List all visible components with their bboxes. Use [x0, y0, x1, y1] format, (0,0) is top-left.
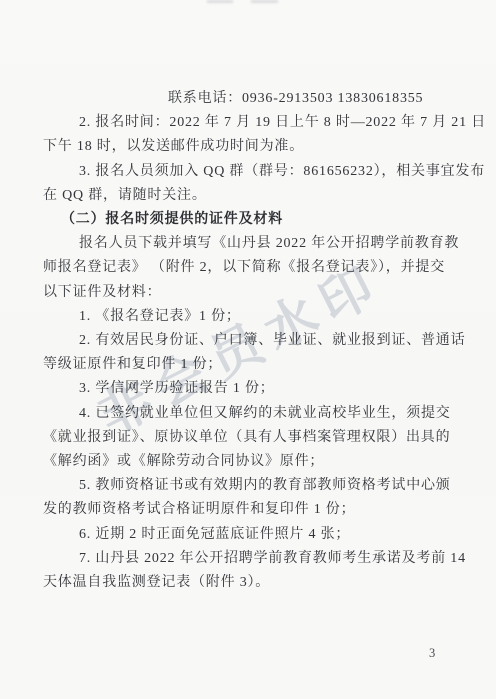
document-body: 联系电话：0936-2913503 138306183552. 报名时间：202…	[43, 87, 460, 595]
text-line: 2. 有效居民身份证、户口簿、毕业证、就业报到证、普通话	[79, 329, 460, 353]
text-line: 4. 已签约就业单位但又解约的未就业高校毕业生，须提交	[79, 402, 460, 426]
text-line: 《解约函》或《解除劳动合同协议》原件；	[43, 450, 460, 474]
text-line: 《就业报到证》、原协议单位（具有人事档案管理权限）出具的	[43, 426, 460, 450]
text-line: 5. 教师资格证书或有效期内的教育部教师资格考试中心颁	[79, 474, 460, 498]
page-number: 3	[429, 646, 435, 661]
text-line: （二）报名时须提供的证件及材料	[61, 208, 460, 232]
text-line: 7. 山丹县 2022 年公开招聘学前教育教师考生承诺及考前 14	[79, 547, 460, 571]
text-line: 报名人员下载并填写《山丹县 2022 年公开招聘学前教育教	[79, 232, 460, 256]
text-line: 联系电话：0936-2913503 13830618355	[168, 87, 460, 111]
text-line: 3. 报名人员须加入 QQ 群（群号：861656232），相关事宜发布	[79, 160, 460, 184]
text-line: 2. 报名时间：2022 年 7 月 19 日上午 8 时—2022 年 7 月…	[79, 111, 460, 135]
text-line: 以下证件及材料：	[43, 281, 460, 305]
text-line: 天体温自我监测登记表（附件 3）。	[43, 571, 460, 595]
scanned-document-page: 非会员水印 联系电话：0936-2913503 138306183552. 报名…	[0, 0, 496, 699]
text-line: 下午 18 时，以发送邮件成功时间为准。	[43, 135, 460, 159]
text-line: 1. 《报名登记表》1 份；	[79, 305, 460, 329]
text-line: 6. 近期 2 时正面免冠蓝底证件照片 4 张；	[79, 523, 460, 547]
scan-artifact-top-right	[251, 0, 278, 3]
text-line: 师报名登记表》 （附件 2，以下简称《报名登记表》），并提交	[43, 256, 460, 280]
text-line: 3. 学信网学历验证报告 1 份；	[79, 377, 460, 401]
text-line: 发的教师资格考试合格证明原件和复印件 1 份；	[43, 498, 460, 522]
text-line: 在 QQ 群，请随时关注。	[43, 184, 460, 208]
scan-artifact-top-left	[207, 0, 233, 3]
text-line: 等级证原件和复印件 1 份；	[43, 353, 460, 377]
